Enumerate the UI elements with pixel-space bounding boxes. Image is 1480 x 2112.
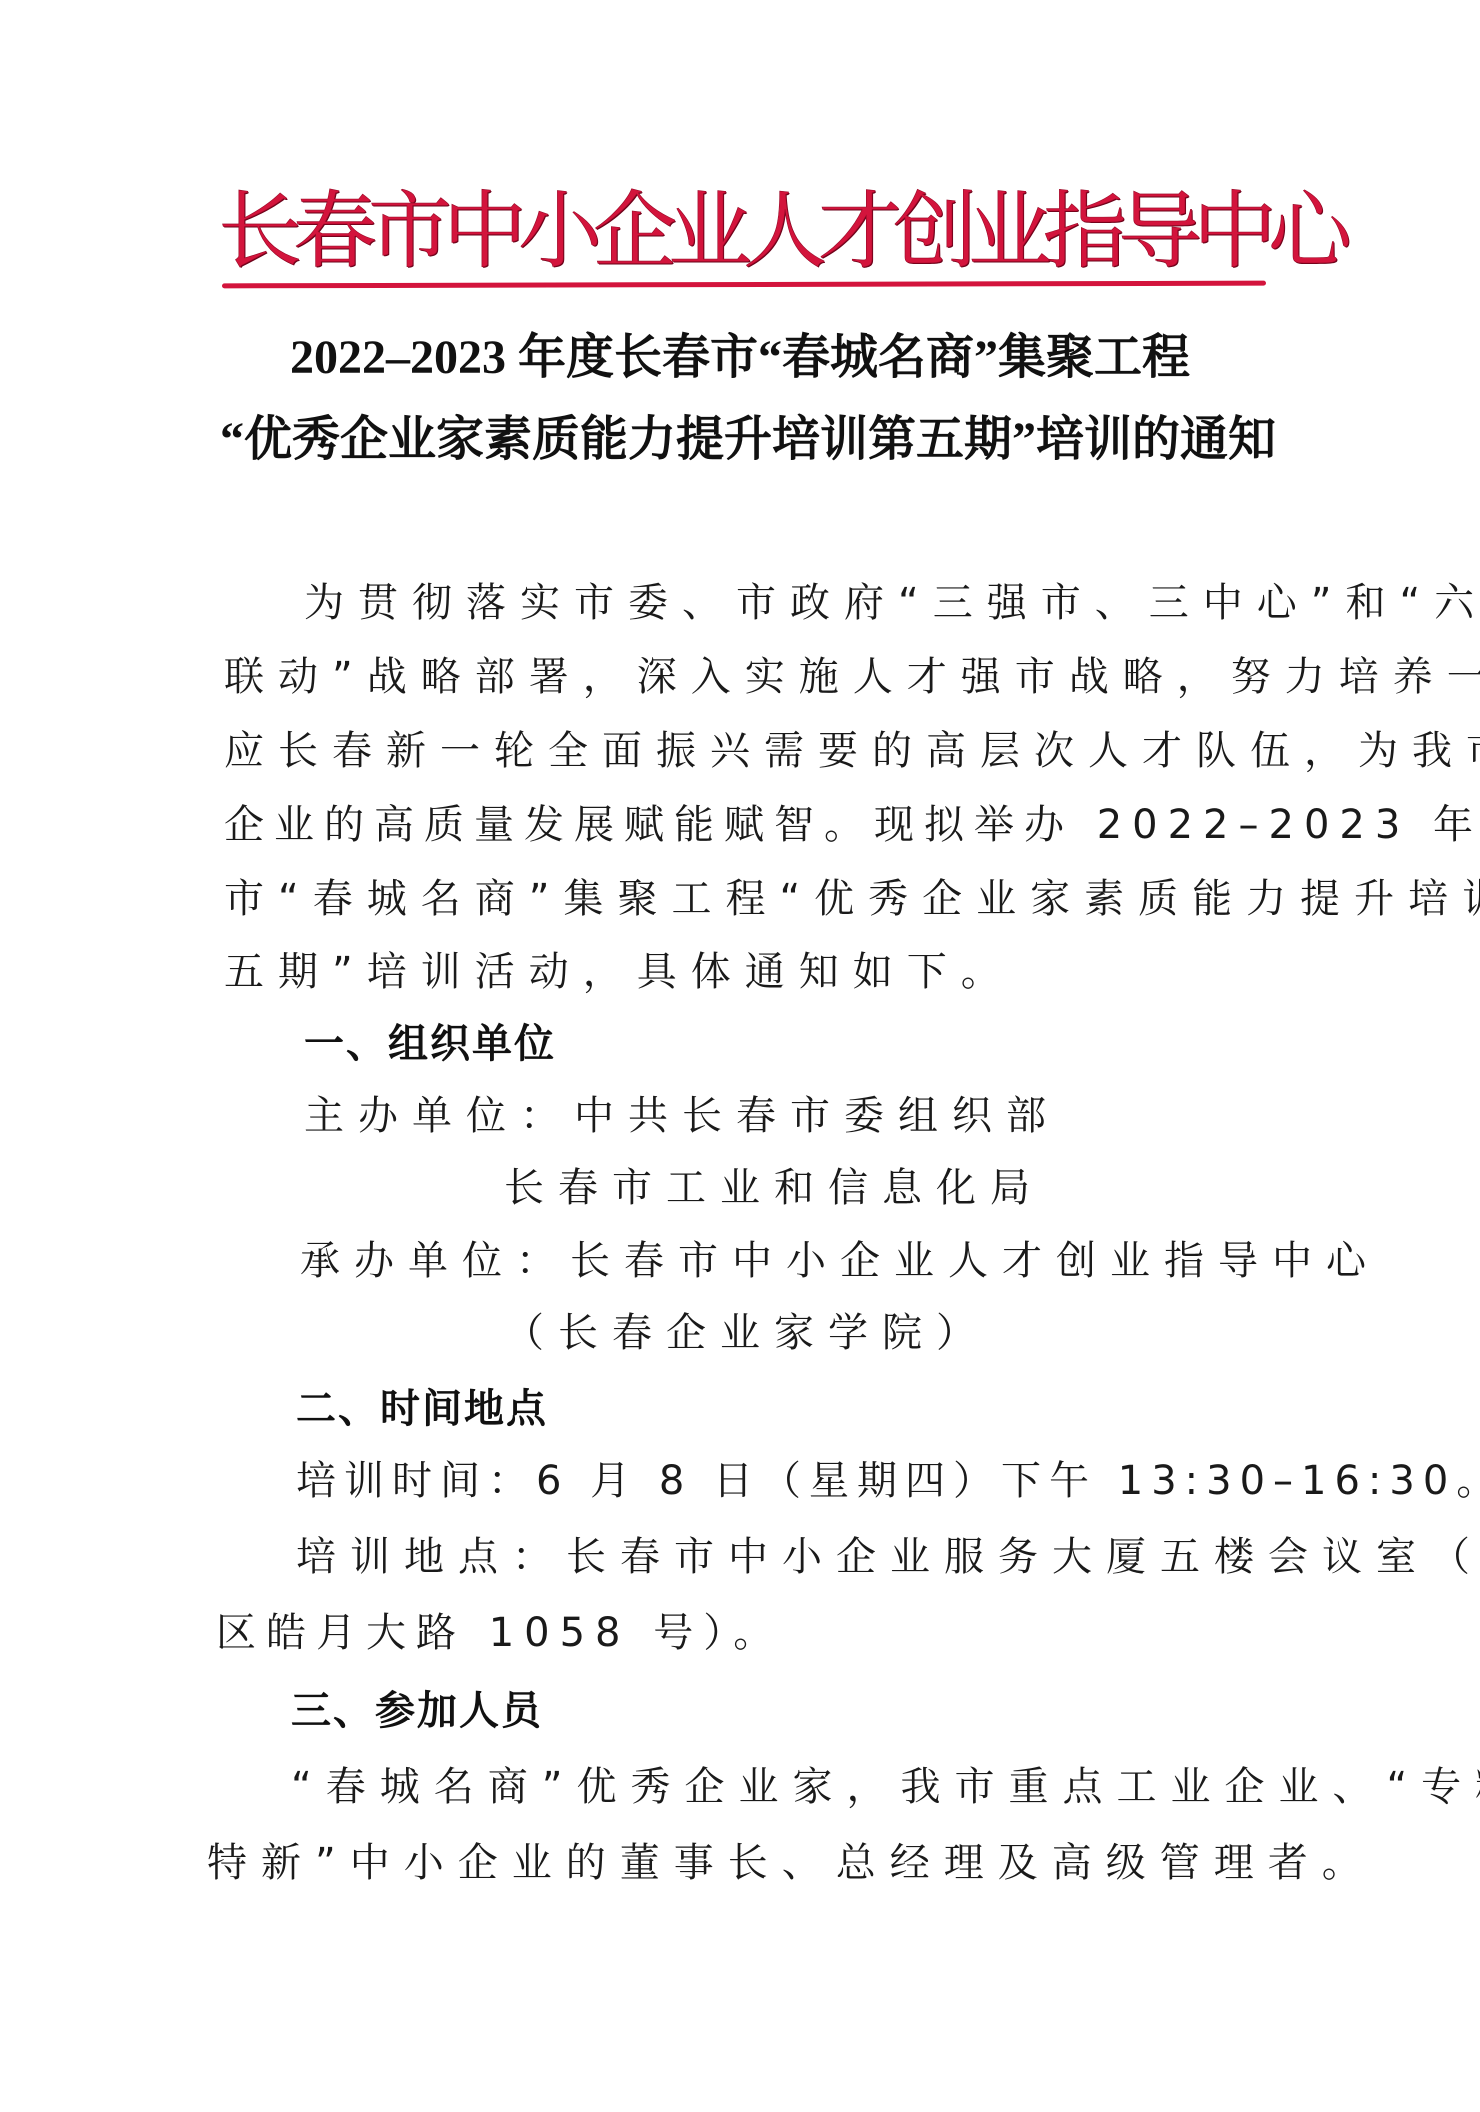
host-unit-line-continued: 长春市工业和信息化局 <box>504 1160 1044 1216</box>
host-unit-line: 主办单位：中共长春市委组织部 <box>304 1088 1060 1144</box>
organizer-unit-line: 承办单位：长春市中小企业人才创业指导中心 <box>300 1233 1380 1289</box>
participants-line: “春城名商”优秀企业家，我市重点工业企业、“专精 <box>291 1759 1480 1815</box>
organizer-unit-line-continued: （长春企业家学院） <box>504 1305 990 1361</box>
intro-line: 市“春城名商”集聚工程“优秀企业家素质能力提升培训第 <box>224 871 1480 927</box>
document-title-line-2: “优秀企业家素质能力提升培训第五期”培训的通知 <box>0 410 1480 470</box>
section-heading: 二、时间地点 <box>296 1381 548 1437</box>
training-location-line-continued: 区皓月大路 1058 号）。 <box>216 1605 783 1661</box>
training-time-line: 培训时间：6 月 8 日（星期四）下午 13:30–16:30。 <box>296 1453 1480 1509</box>
training-location-line: 培训地点：长春市中小企业服务大厦五楼会议室（绿园 <box>296 1529 1480 1585</box>
intro-line: 企业的高质量发展赋能赋智。现拟举办 2022–2023 年度长春 <box>224 797 1480 853</box>
intro-line: 联动”战略部署，深入实施人才强市战略，努力培养一支适 <box>224 649 1480 705</box>
intro-line: 应长春新一轮全面振兴需要的高层次人才队伍，为我市中小 <box>224 723 1480 779</box>
participants-line: 特新”中小企业的董事长、总经理及高级管理者。 <box>207 1835 1376 1891</box>
document-title-line-1: 2022–2023 年度长春市“春城名商”集聚工程 <box>0 328 1480 388</box>
section-heading: 三、参加人员 <box>291 1683 543 1739</box>
section-heading: 一、组织单位 <box>304 1016 556 1072</box>
intro-line: 五期”培训活动，具体通知如下。 <box>224 944 1015 1000</box>
intro-line: 为贯彻落实市委、市政府“三强市、三中心”和“六城 <box>304 575 1480 631</box>
letterhead-organization-name: 长春市中小企业人才创业指导中心 <box>218 176 1262 286</box>
